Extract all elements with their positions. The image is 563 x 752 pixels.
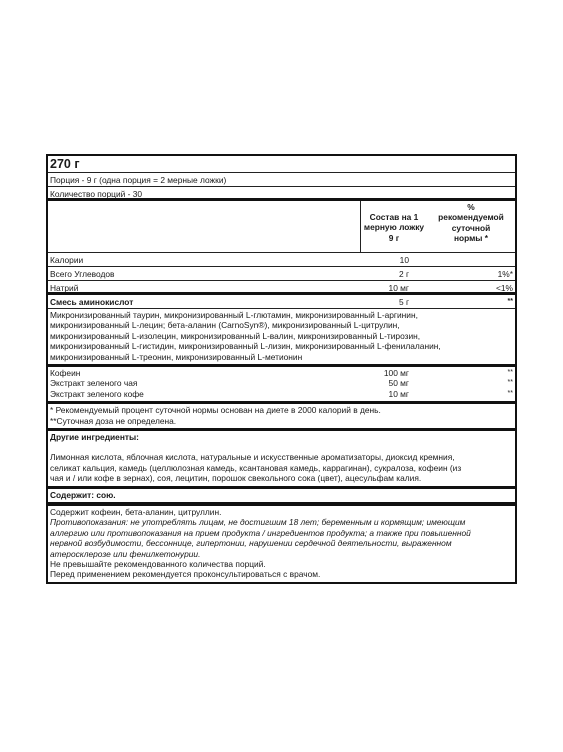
other-ingredients-title: Другие ингредиенты: (50, 432, 513, 442)
nutrient-row-sodium: Натрий 10 мг <1% (48, 281, 515, 295)
footnotes: * Рекомендуемый процент суточной нормы о… (48, 404, 515, 431)
net-weight: 270 г (48, 156, 515, 173)
warnings: Содержит кофеин, бета-аланин, цитруллин.… (48, 506, 515, 582)
header-amount: Состав на 1 мерную ложку 9 г (361, 201, 427, 252)
amino-blend-row: Смесь аминокислот 5 г ** (48, 295, 515, 309)
stimulant-row-green-coffee: Экстракт зеленого кофе 10 мг ** (50, 389, 513, 399)
stimulants-block: Кофеин 100 мг ** Экстракт зеленого чая 5… (48, 367, 515, 404)
table-header: Состав на 1 мерную ложку 9 г % рекоменду… (48, 201, 515, 253)
nutrition-label: 270 г Порция - 9 г (одна порция = 2 мерн… (46, 154, 517, 584)
contraindications: Противопоказания: не употреблять лицам, … (50, 517, 513, 559)
nutrient-row-calories: Калории 10 (48, 253, 515, 267)
allergen-contains: Содержит: сою. (48, 489, 515, 506)
servings-count: Количество порций - 30 (48, 187, 515, 201)
stimulant-row-green-tea: Экстракт зеленого чая 50 мг ** (50, 378, 513, 388)
header-daily-value: % рекомендуемой суточной нормы * (427, 201, 515, 252)
stimulant-row-caffeine: Кофеин 100 мг ** (50, 368, 513, 378)
nutrient-row-carbs: Всего Углеводов 2 г 1%* (48, 267, 515, 281)
serving-size: Порция - 9 г (одна порция = 2 мерные лож… (48, 173, 515, 187)
header-blank (48, 201, 361, 252)
other-ingredients: Другие ингредиенты: Лимонная кислота, яб… (48, 431, 515, 489)
amino-blend-ingredients: Микронизированный таурин, микронизирован… (48, 309, 515, 367)
